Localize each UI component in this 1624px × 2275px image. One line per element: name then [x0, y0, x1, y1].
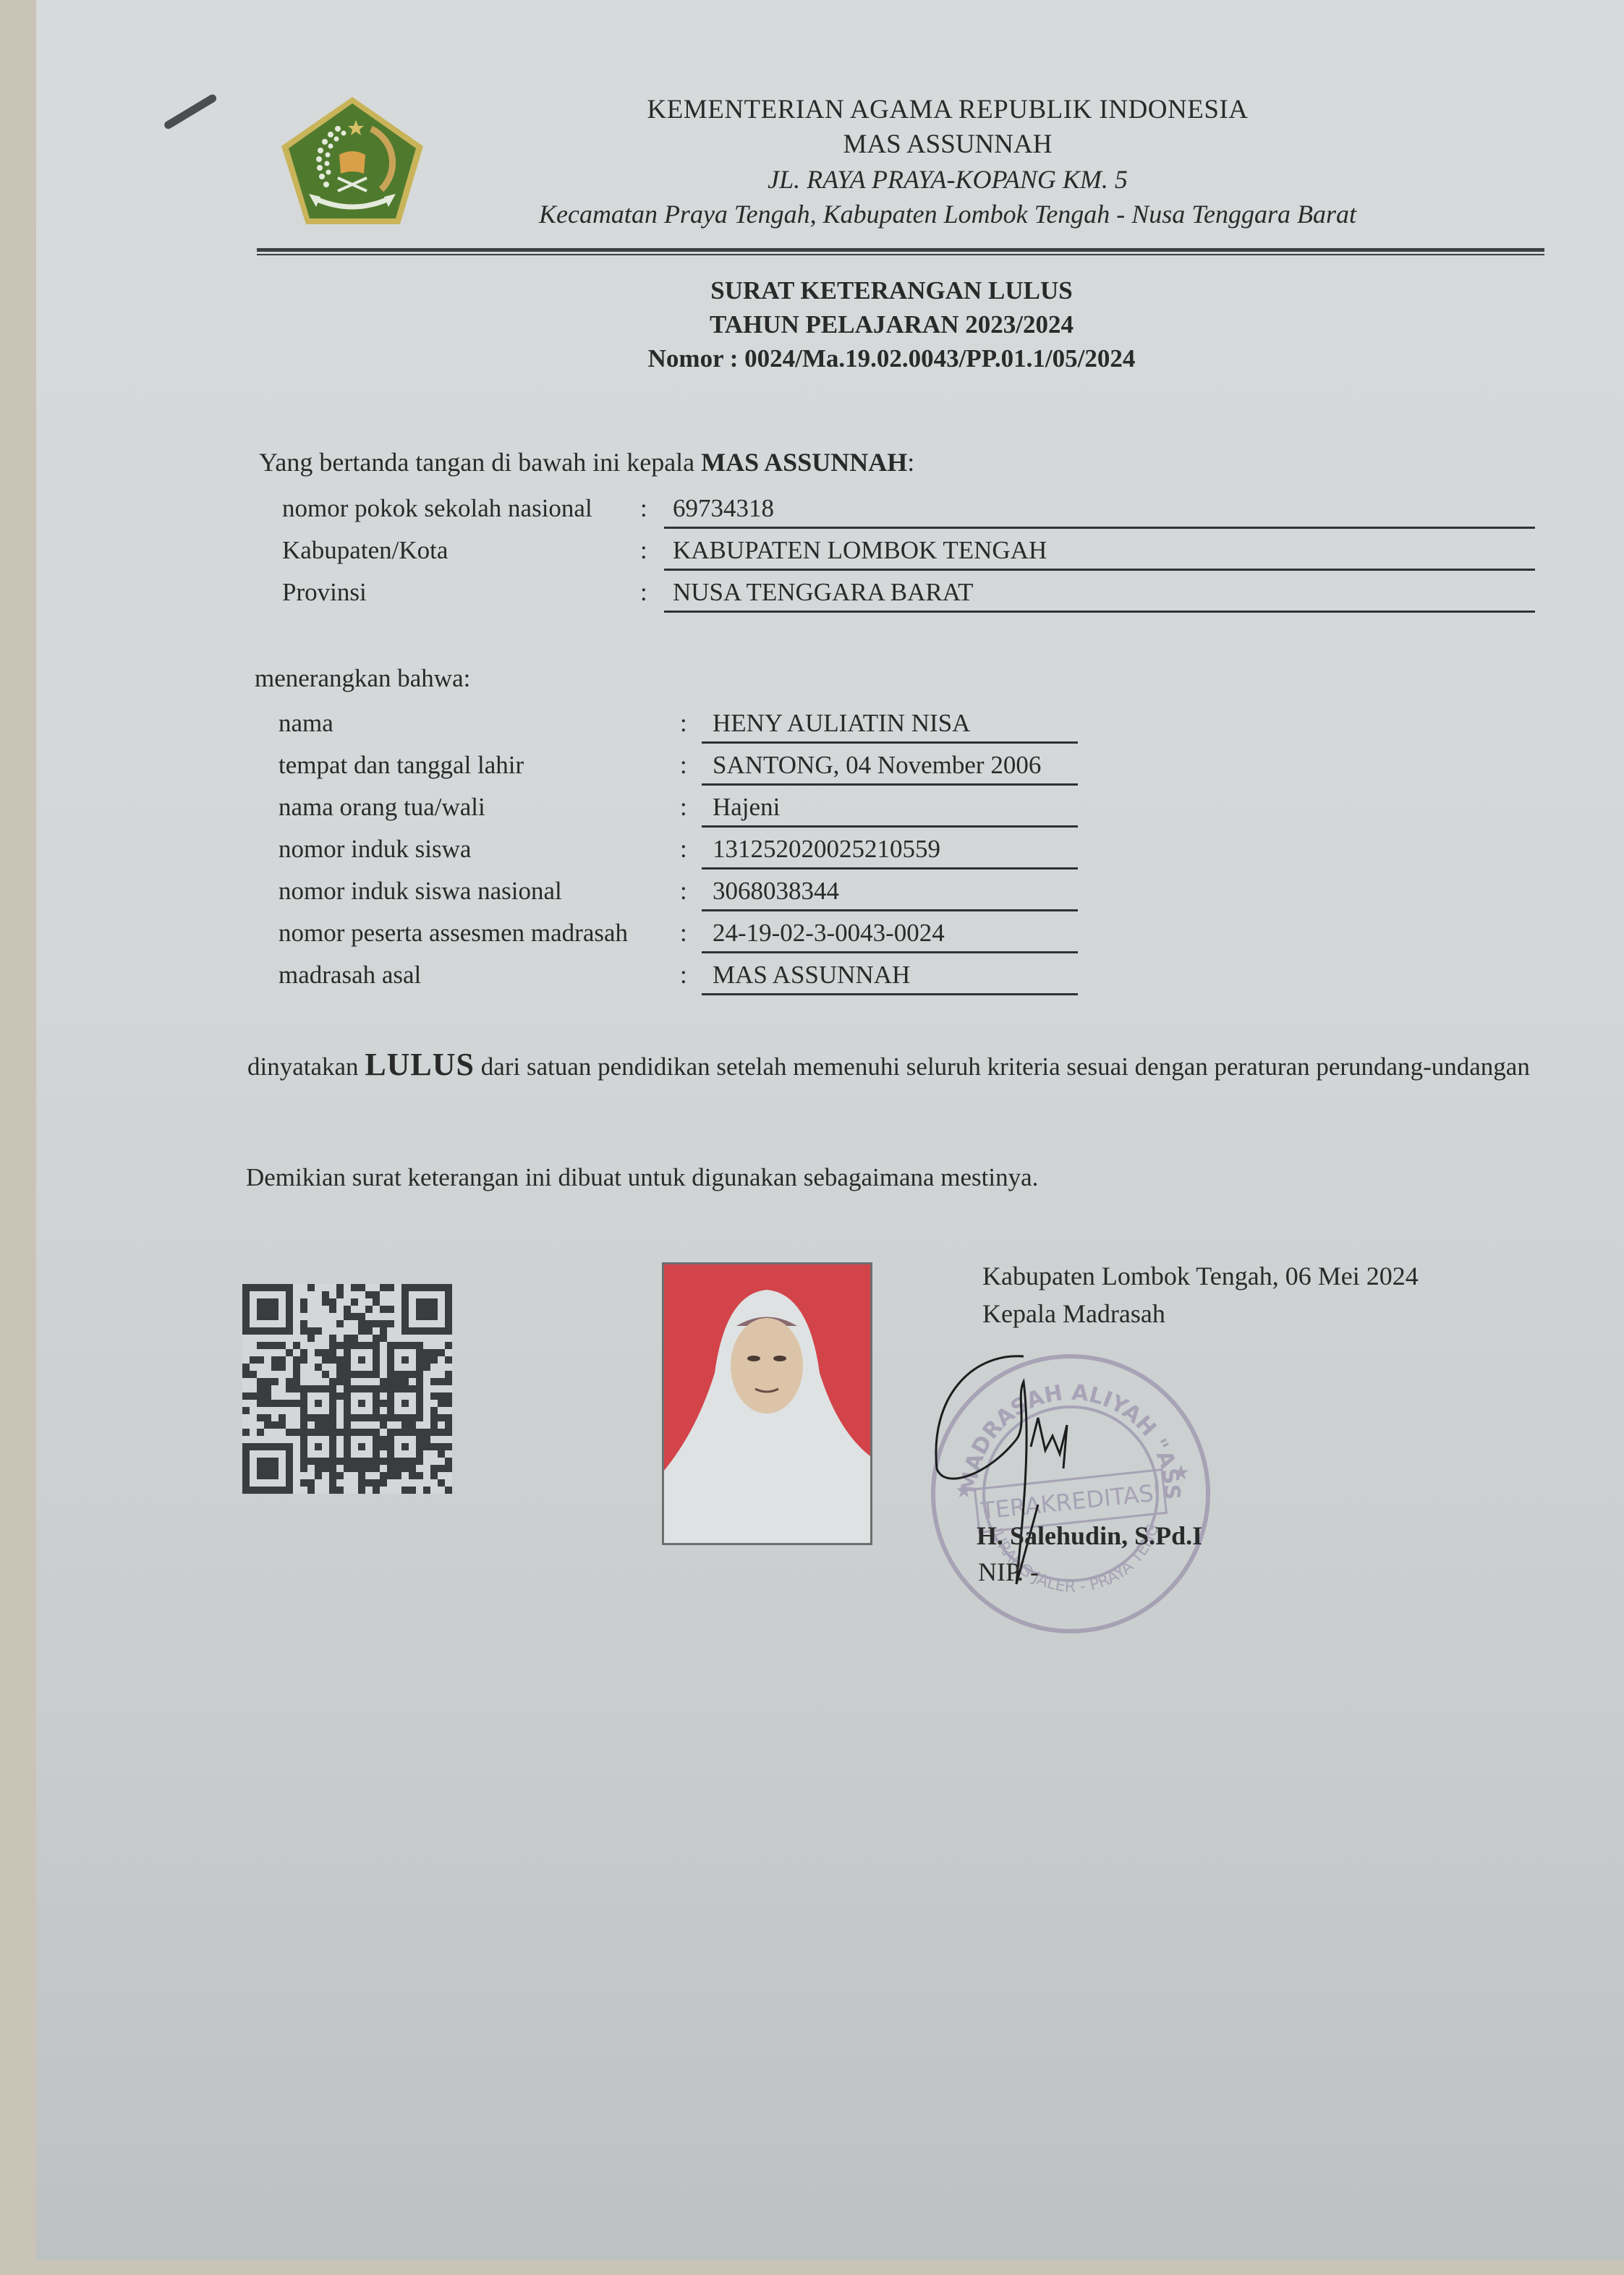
info-label: nomor induk siswa nasional [279, 877, 562, 906]
info-value: KABUPATEN LOMBOK TENGAH [673, 536, 1047, 565]
signer-name: H. Salehudin, S.Pd.I [977, 1521, 1202, 1551]
graduation-status: LULUS [365, 1047, 475, 1082]
info-label: Provinsi [282, 578, 367, 607]
statement-suffix: dari satuan pendidikan setelah memenuhi … [475, 1053, 1530, 1081]
info-label: nama orang tua/wali [279, 793, 485, 822]
graduation-statement: dinyatakan LULUS dari satuan pendidikan … [247, 1047, 1536, 1084]
pen-mark [163, 93, 218, 131]
signature-place-block: Kabupaten Lombok Tengah, 06 Mei 2024 Kep… [982, 1257, 1419, 1332]
info-label: Kabupaten/Kota [282, 536, 448, 565]
info-colon: : [680, 961, 687, 990]
info-colon: : [680, 709, 687, 738]
signer-position: Kepala Madrasah [982, 1295, 1419, 1332]
info-value: 3068038344 [713, 877, 839, 906]
intro-sentence: Yang bertanda tangan di bawah ini kepala… [259, 447, 914, 477]
student-photo [662, 1262, 872, 1545]
place-date: Kabupaten Lombok Tengah, 06 Mei 2024 [982, 1257, 1419, 1295]
info-value: Hajeni [713, 793, 780, 822]
info-label: nama [279, 709, 333, 738]
info-value: MAS ASSUNNAH [713, 961, 910, 990]
value-underline [702, 741, 1078, 744]
signer-nip: NIP. - [978, 1557, 1039, 1587]
value-underline [664, 611, 1535, 613]
kemenag-emblem-icon [279, 94, 427, 228]
info-label: nomor induk siswa [279, 835, 471, 864]
info-label: nomor peserta assesmen madrasah [279, 919, 628, 948]
document-title: SURAT KETERANGAN LULUS TAHUN PELAJARAN 2… [470, 273, 1313, 375]
student-lead: menerangkan bahwa: [255, 664, 470, 693]
info-value: 24-19-02-3-0043-0024 [713, 919, 945, 948]
ministry-name: KEMENTERIAN AGAMA REPUBLIK INDONESIA [441, 93, 1454, 127]
info-colon: : [680, 835, 687, 864]
statement-prefix: dinyatakan [247, 1053, 365, 1081]
intro-text: Yang bertanda tangan di bawah ini kepala [259, 448, 701, 477]
value-underline [702, 993, 1078, 995]
info-value: 69734318 [673, 494, 774, 523]
svg-text:★: ★ [1172, 1462, 1190, 1484]
value-underline [664, 569, 1535, 571]
letterhead-rule [257, 248, 1544, 252]
info-value: HENY AULIATIN NISA [713, 709, 970, 738]
value-underline [702, 909, 1078, 911]
info-colon: : [680, 919, 687, 948]
info-colon: : [640, 578, 647, 607]
info-colon: : [680, 877, 687, 906]
title-line-1: SURAT KETERANGAN LULUS [470, 273, 1313, 307]
info-value: 131252020025210559 [713, 835, 940, 864]
school-address: JL. RAYA PRAYA-KOPANG KM. 5 [441, 162, 1454, 197]
school-region: Kecamatan Praya Tengah, Kabupaten Lombok… [441, 197, 1454, 231]
info-colon: : [640, 536, 647, 565]
intro-school: MAS ASSUNNAH [701, 448, 907, 477]
value-underline [702, 951, 1078, 953]
school-name: MAS ASSUNNAH [441, 127, 1454, 162]
info-colon: : [680, 793, 687, 822]
document-page: KEMENTERIAN AGAMA REPUBLIK INDONESIA MAS… [36, 0, 1624, 2261]
letterhead-rule-thin [257, 254, 1544, 255]
letterhead: KEMENTERIAN AGAMA REPUBLIK INDONESIA MAS… [441, 93, 1454, 231]
info-label: tempat dan tanggal lahir [279, 751, 524, 780]
title-line-2: TAHUN PELAJARAN 2023/2024 [470, 307, 1313, 341]
info-colon: : [680, 751, 687, 780]
signature-icon [930, 1353, 1118, 1591]
info-label: nomor pokok sekolah nasional [282, 494, 592, 523]
closing-sentence: Demikian surat keterangan ini dibuat unt… [246, 1163, 1038, 1192]
document-number: Nomor : 0024/Ma.19.02.0043/PP.01.1/05/20… [470, 341, 1313, 375]
value-underline [702, 867, 1078, 869]
info-colon: : [640, 494, 647, 523]
value-underline [664, 527, 1535, 529]
value-underline [702, 825, 1078, 828]
info-label: madrasah asal [279, 961, 421, 990]
intro-suffix: : [907, 448, 914, 477]
qr-code-icon [242, 1284, 452, 1494]
info-value: NUSA TENGGARA BARAT [673, 578, 974, 607]
value-underline [702, 783, 1078, 786]
info-value: SANTONG, 04 November 2006 [713, 751, 1041, 780]
